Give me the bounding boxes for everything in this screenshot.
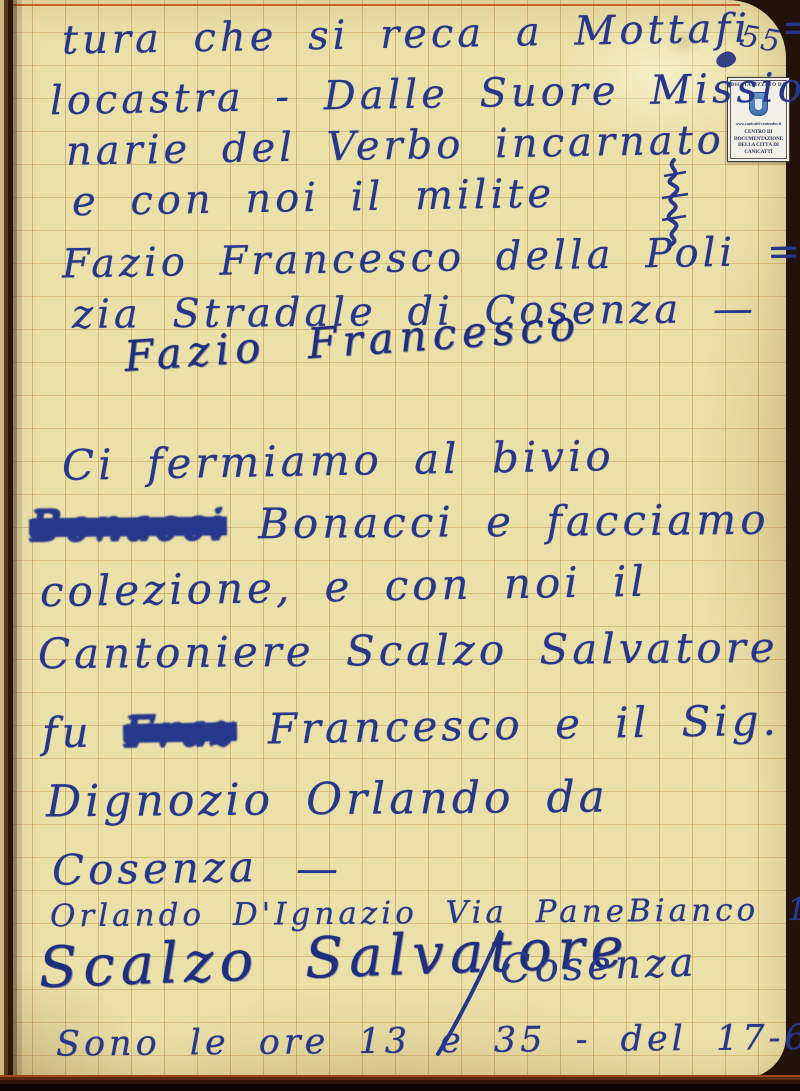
handwritten-line: Bonacci Bonacci e facciamo (30, 497, 770, 550)
handwritten-line: Fazio Francesco della Poli = (62, 230, 800, 287)
crossed-out-word: Bonacci (30, 500, 227, 551)
handwritten-line: tura che si reca a Mottafi = (62, 5, 800, 62)
cover-bottom-edge (0, 1075, 800, 1091)
crossed-out-word: Fraz (124, 705, 237, 756)
page-stack-edge (778, 0, 800, 1091)
handwritten-line: Cosenza (499, 941, 698, 992)
handwritten-line: locastra - Dalle Suore Missio = (50, 65, 800, 123)
binding-edge (0, 0, 26, 1078)
handwritten-line: narie del Verbo incarnato (66, 118, 725, 173)
handwritten-line: Cosenza (52, 844, 259, 894)
handwritten-line: fu Fraz Francesco e il Sig. (42, 698, 781, 757)
handwritten-line: Dignozio Orlando da (46, 774, 609, 827)
handwritten-line: e con noi il milite (72, 172, 556, 224)
handwritten-line: — (296, 846, 342, 892)
handwritten-line: Cantoniere Scalzo Salvatore (38, 625, 779, 678)
handwritten-line: colezione, e con noi il (40, 559, 649, 616)
handwritten-line: Ci fermiamo al bivio (62, 433, 615, 489)
notebook-page: 55 DIGITALIZZATO DA www.canicatti-centro… (0, 0, 786, 1078)
stamp-url: www.canicatti-centrodoc.it (736, 121, 782, 126)
handwritten-line: Sono le ore 13 e 35 - del 17-6-50 (56, 1018, 800, 1064)
